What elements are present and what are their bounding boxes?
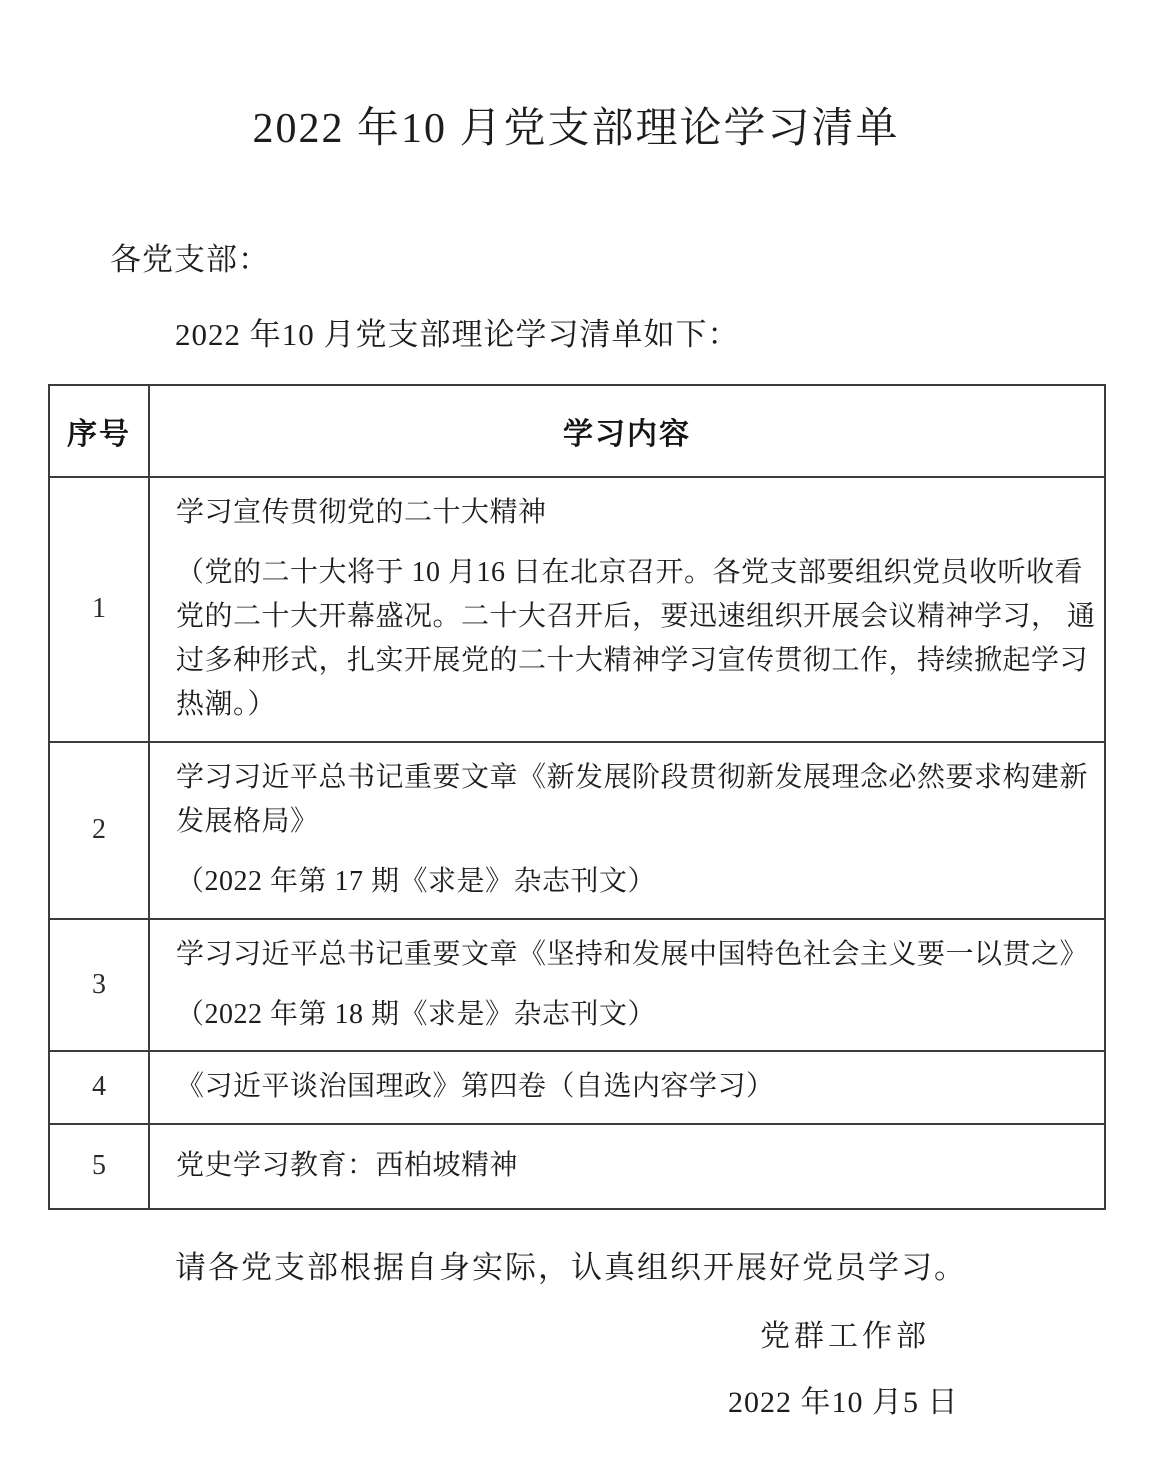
row-detail: （2022 年第 17 期《求是》杂志刊文） — [176, 860, 1096, 904]
row-content-cell: 学习习近平总书记重要文章《新发展阶段贯彻新发展理念必然要求构建新发展格局》 （2… — [149, 742, 1105, 919]
table-row: 3 学习习近平总书记重要文章《坚持和发展中国特色社会主义要一以贯之》 （2022… — [49, 919, 1105, 1051]
row-title: 《习近平谈治国理政》第四卷（自选内容学习） — [176, 1065, 1096, 1109]
row-number: 5 — [49, 1124, 149, 1209]
row-content-cell: 学习宣传贯彻党的二十大精神 （党的二十大将于 10 月16 日在北京召开。各党支… — [149, 477, 1105, 742]
table-header-row: 序号 学习内容 — [49, 385, 1105, 477]
row-detail: （党的二十大将于 10 月16 日在北京召开。各党支部要组织党员收听收看党的二十… — [176, 551, 1096, 727]
row-content-cell: 学习习近平总书记重要文章《坚持和发展中国特色社会主义要一以贯之》 （2022 年… — [149, 919, 1105, 1051]
row-number: 3 — [49, 919, 149, 1051]
study-table: 序号 学习内容 1 学习宣传贯彻党的二十大精神 （党的二十大将于 10 月16 … — [48, 384, 1106, 1210]
intro-line: 2022 年10 月党支部理论学习清单如下： — [175, 309, 1152, 354]
header-cell-content: 学习内容 — [149, 385, 1105, 477]
row-number: 2 — [49, 742, 149, 919]
closing-line: 请各党支部根据自身实际，认真组织开展好党员学习。 — [175, 1242, 1152, 1287]
table-row: 5 党史学习教育：西柏坡精神 — [49, 1124, 1105, 1209]
row-title: 学习习近平总书记重要文章《新发展阶段贯彻新发展理念必然要求构建新发展格局》 — [176, 756, 1096, 844]
row-content-cell: 党史学习教育：西柏坡精神 — [149, 1124, 1105, 1209]
table-row: 2 学习习近平总书记重要文章《新发展阶段贯彻新发展理念必然要求构建新发展格局》 … — [49, 742, 1105, 919]
date-line: 2022 年10 月5 日 — [728, 1377, 1152, 1421]
document-page: 2022 年10 月党支部理论学习清单 各党支部： 2022 年10 月党支部理… — [0, 0, 1152, 1459]
row-title: 学习习近平总书记重要文章《坚持和发展中国特色社会主义要一以贯之》 — [176, 933, 1096, 977]
row-title: 党史学习教育：西柏坡精神 — [176, 1144, 1096, 1188]
header-cell-no: 序号 — [49, 385, 149, 477]
page-title: 2022 年10 月党支部理论学习清单 — [0, 103, 1152, 156]
salutation: 各党支部： — [110, 234, 1152, 279]
row-title: 学习宣传贯彻党的二十大精神 — [176, 491, 1096, 535]
row-number: 4 — [49, 1051, 149, 1124]
table-row: 1 学习宣传贯彻党的二十大精神 （党的二十大将于 10 月16 日在北京召开。各… — [49, 477, 1105, 742]
signature: 党群工作部 — [760, 1311, 1152, 1355]
row-content-cell: 《习近平谈治国理政》第四卷（自选内容学习） — [149, 1051, 1105, 1124]
table-row: 4 《习近平谈治国理政》第四卷（自选内容学习） — [49, 1051, 1105, 1124]
row-number: 1 — [49, 477, 149, 742]
row-detail: （2022 年第 18 期《求是》杂志刊文） — [176, 993, 1096, 1037]
